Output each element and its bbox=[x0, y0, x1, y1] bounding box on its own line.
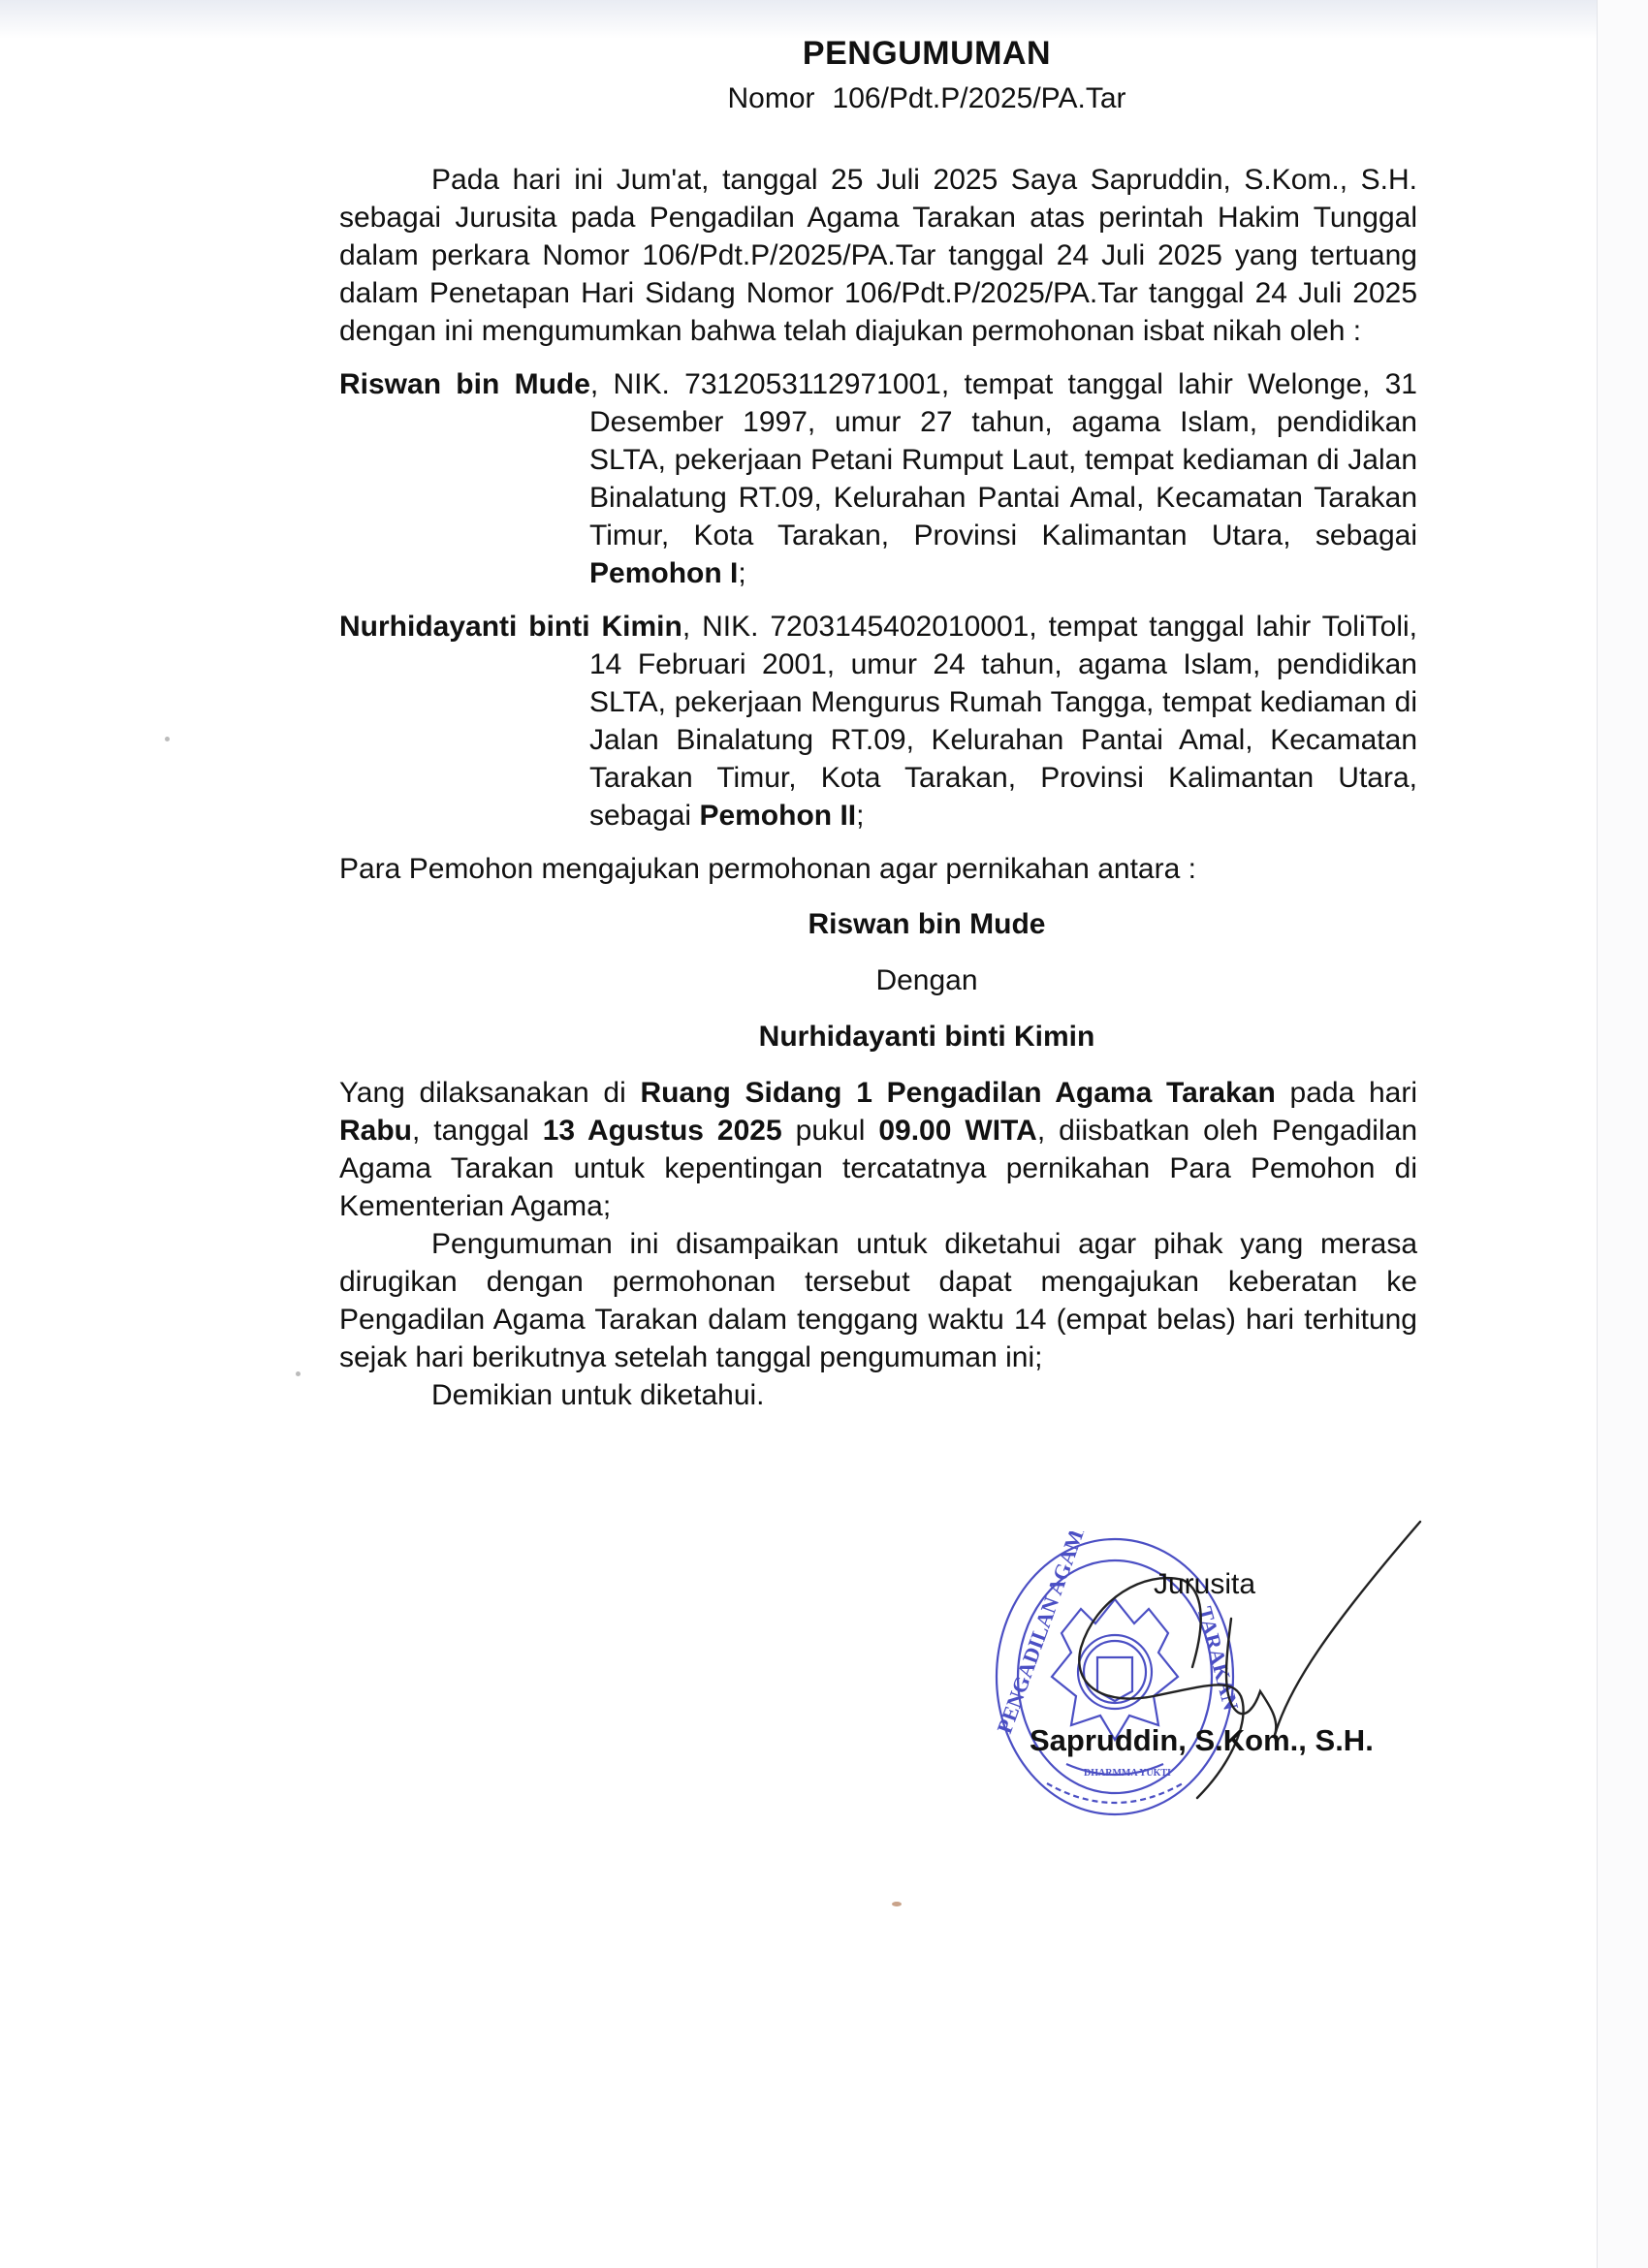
party-pemohon-2: Nurhidayanti binti Kimin, NIK. 720314540… bbox=[339, 608, 1417, 835]
party-role: Pemohon II bbox=[699, 800, 856, 832]
hearing-time: 09.00 WITA bbox=[878, 1115, 1036, 1147]
intro-paragraph: Pada hari ini Jum'at, tanggal 25 Juli 20… bbox=[339, 161, 1417, 350]
signature-role: Jurusita bbox=[1154, 1568, 1255, 1601]
party-name: Riswan bin Mude bbox=[339, 368, 590, 400]
spouse-2-name: Nurhidayanti binti Kimin bbox=[339, 1018, 1417, 1056]
document-number-label: Nomor bbox=[728, 82, 815, 114]
handwritten-signature-icon bbox=[1037, 1512, 1425, 1803]
announcement-document: PENGUMUMAN Nomor106/Pdt.P/2025/PA.Tar Pa… bbox=[339, 29, 1417, 1414]
hearing-paragraph: Yang dilaksanakan di Ruang Sidang 1 Peng… bbox=[339, 1074, 1417, 1225]
signature-block: PENGADILAN AGAMA TARAKAN DHARMMA YUKTI J… bbox=[969, 1512, 1435, 1842]
party-end: ; bbox=[856, 800, 864, 832]
spouse-2-name-text: Nurhidayanti binti Kimin bbox=[759, 1021, 1095, 1053]
objection-paragraph: Pengumuman ini disampaikan untuk diketah… bbox=[339, 1225, 1417, 1376]
signature-name: Sapruddin, S.Kom., S.H. bbox=[1030, 1723, 1374, 1758]
spouse-1-name: Riswan bin Mude bbox=[339, 905, 1417, 944]
document-title: PENGUMUMAN bbox=[339, 29, 1417, 78]
scan-speck bbox=[296, 1371, 301, 1376]
document-number: Nomor106/Pdt.P/2025/PA.Tar bbox=[339, 78, 1417, 120]
spouse-1-name-text: Riswan bin Mude bbox=[808, 908, 1045, 940]
party-details: , NIK. 7203145402010001, tempat tanggal … bbox=[589, 611, 1417, 832]
hearing-venue: Ruang Sidang 1 Pengadilan Agama Tarakan bbox=[640, 1077, 1275, 1109]
party-end: ; bbox=[738, 557, 745, 589]
document-number-value: 106/Pdt.P/2025/PA.Tar bbox=[833, 82, 1126, 114]
hearing-text: pada hari bbox=[1276, 1077, 1417, 1109]
party-name: Nurhidayanti binti Kimin bbox=[339, 611, 682, 643]
hearing-text: , tanggal bbox=[412, 1115, 543, 1147]
scan-speck bbox=[892, 1902, 902, 1906]
hearing-text: pukul bbox=[782, 1115, 879, 1147]
hearing-day: Rabu bbox=[339, 1115, 412, 1147]
scan-page-edge bbox=[1597, 0, 1648, 2268]
request-line: Para Pemohon mengajukan permohonan agar … bbox=[339, 850, 1417, 888]
party-details: , NIK. 7312053112971001, tempat tanggal … bbox=[589, 368, 1417, 551]
party-role: Pemohon I bbox=[589, 557, 738, 589]
hearing-date: 13 Agustus 2025 bbox=[543, 1115, 782, 1147]
hearing-text: Yang dilaksanakan di bbox=[339, 1077, 640, 1109]
closing-line: Demikian untuk diketahui. bbox=[339, 1376, 1417, 1414]
scan-speck bbox=[165, 737, 170, 741]
conjunction: Dengan bbox=[339, 961, 1417, 1000]
party-pemohon-1: Riswan bin Mude, NIK. 7312053112971001, … bbox=[339, 365, 1417, 592]
